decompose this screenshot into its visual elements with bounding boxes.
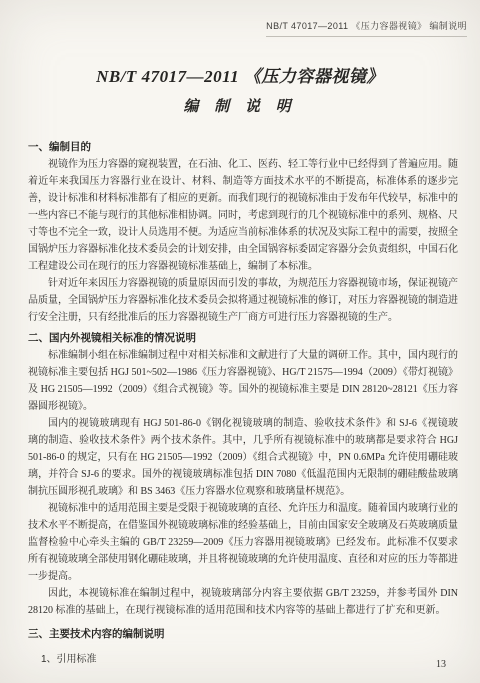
paragraph: 国内的视镜玻璃现有 HGJ 501-86-0《钢化视镜玻璃的制造、验收技术条件》… [28, 415, 458, 500]
section-heading-1: 一、编制目的 [28, 139, 458, 156]
paragraph: 标准编制小组在标准编制过程中对相关标准和文献进行了大量的调研工作。其中，国内现行… [28, 347, 458, 415]
section-heading-3: 三、主要技术内容的编制说明 [28, 626, 458, 643]
document-title-standard-number: NB/T 47017—2011 《压力容器视镜》 [0, 62, 480, 87]
paragraph: 视镜作为压力容器的窥视装置，在石油、化工、医药、轻工等行业中已经得到了普遍应用。… [28, 156, 458, 275]
page-number: 13 [436, 659, 446, 670]
section-heading-2: 二、国内外视镜相关标准的情况说明 [28, 330, 458, 347]
running-head: NB/T 47017—2011 《压力容器视镜》 编制说明 [266, 19, 467, 37]
document-page: NB/T 47017—2011 《压力容器视镜》 编制说明 NB/T 47017… [0, 0, 480, 683]
title-block: NB/T 47017—2011 《压力容器视镜》 编 制 说 明 [0, 62, 480, 116]
paragraph: 针对近年来因压力容器视镜的质量原因而引发的事故，为规范压力容器视镜市场，保证视镜… [28, 275, 458, 326]
paragraph: 因此，本视镜标准在编制过程中，视镜玻璃部分内容主要依据 GB/T 23259，并… [28, 585, 458, 619]
document-body: 一、编制目的 视镜作为压力容器的窥视装置，在石油、化工、医药、轻工等行业中已经得… [28, 139, 458, 668]
subsection-heading-1: 1、引用标准 [28, 651, 458, 668]
document-title-subtitle: 编 制 说 明 [0, 95, 480, 116]
paragraph: 视镜标准中的适用范围主要是受限于视镜玻璃的直径、允许压力和温度。随着国内玻璃行业… [28, 500, 458, 585]
